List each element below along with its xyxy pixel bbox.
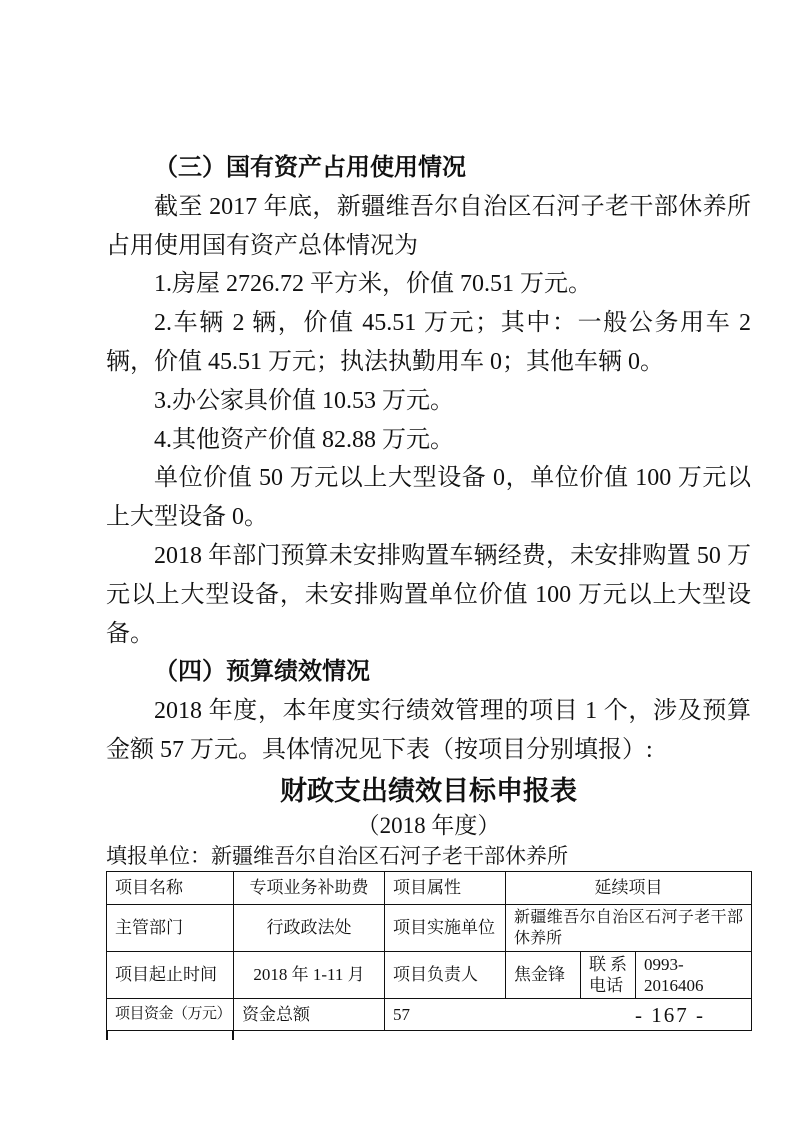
cell-implement-unit-label: 项目实施单位 — [385, 904, 506, 951]
table-row: 主管部门 行政政法处 项目实施单位 新疆维吾尔自治区石河子老干部休养所 — [107, 904, 752, 951]
document-page: （三）国有资产占用使用情况 截至 2017 年底，新疆维吾尔自治区石河子老干部休… — [0, 0, 793, 1122]
cell-project-period-label: 项目起止时间 — [107, 951, 234, 998]
table-row: 项目起止时间 2018 年 1-11 月 项目负责人 焦金锋 联系电话 0993… — [107, 951, 752, 998]
document-body: （三）国有资产占用使用情况 截至 2017 年底，新疆维吾尔自治区石河子老干部休… — [106, 149, 751, 1031]
section-heading-performance: （四）预算绩效情况 — [106, 653, 751, 692]
table-row: 项目名称 专项业务补助费 项目属性 延续项目 — [107, 871, 752, 904]
paragraph-item-other-assets: 4.其他资产价值 82.88 万元。 — [106, 421, 751, 460]
form-title: 财政支出绩效目标申报表 — [106, 773, 751, 809]
section-heading-assets: （三）国有资产占用使用情况 — [106, 149, 751, 188]
cell-total-funds-label: 资金总额 — [234, 998, 385, 1030]
cell-project-attribute-value: 延续项目 — [506, 871, 752, 904]
table-continuation-stub-left — [106, 1031, 108, 1040]
paragraph-large-equipment: 单位价值 50 万元以上大型设备 0，单位价值 100 万元以上大型设备 0。 — [106, 459, 751, 537]
table-continuation-stub-divider — [232, 1031, 234, 1040]
page-number: - 167 - — [600, 1003, 740, 1028]
cell-implement-unit-value: 新疆维吾尔自治区石河子老干部休养所 — [506, 904, 752, 951]
cell-department-value: 行政政法处 — [234, 904, 385, 951]
cell-project-name-value: 专项业务补助费 — [234, 871, 385, 904]
cell-project-attribute-label: 项目属性 — [385, 871, 506, 904]
cell-contact-phone-label: 联系电话 — [581, 951, 636, 998]
paragraph-item-vehicles: 2.车辆 2 辆，价值 45.51 万元；其中：一般公务用车 2 辆，价值 45… — [106, 304, 751, 382]
cell-contact-phone-value: 0993-2016406 — [636, 951, 752, 998]
paragraph-performance: 2018 年度，本年度实行绩效管理的项目 1 个，涉及预算金额 57 万元。具体… — [106, 692, 751, 770]
form-subtitle: （2018 年度） — [106, 809, 751, 842]
cell-project-leader-label: 项目负责人 — [385, 951, 506, 998]
cell-project-leader-value: 焦金锋 — [506, 951, 581, 998]
paragraph-item-furniture: 3.办公家具价值 10.53 万元。 — [106, 382, 751, 421]
cell-project-name-label: 项目名称 — [107, 871, 234, 904]
cell-project-period-value: 2018 年 1-11 月 — [234, 951, 385, 998]
form-unit-line: 填报单位：新疆维吾尔自治区石河子老干部休养所 — [106, 842, 751, 870]
cell-department-label: 主管部门 — [107, 904, 234, 951]
paragraph-assets-overview: 截至 2017 年底，新疆维吾尔自治区石河子老干部休养所占用使用国有资产总体情况… — [106, 188, 751, 266]
cell-project-funds-label: 项目资金（万元） — [107, 998, 234, 1030]
paragraph-item-house: 1.房屋 2726.72 平方米，价值 70.51 万元。 — [106, 265, 751, 304]
paragraph-no-purchase: 2018 年部门预算未安排购置车辆经费，未安排购置 50 万元以上大型设备，未安… — [106, 537, 751, 653]
